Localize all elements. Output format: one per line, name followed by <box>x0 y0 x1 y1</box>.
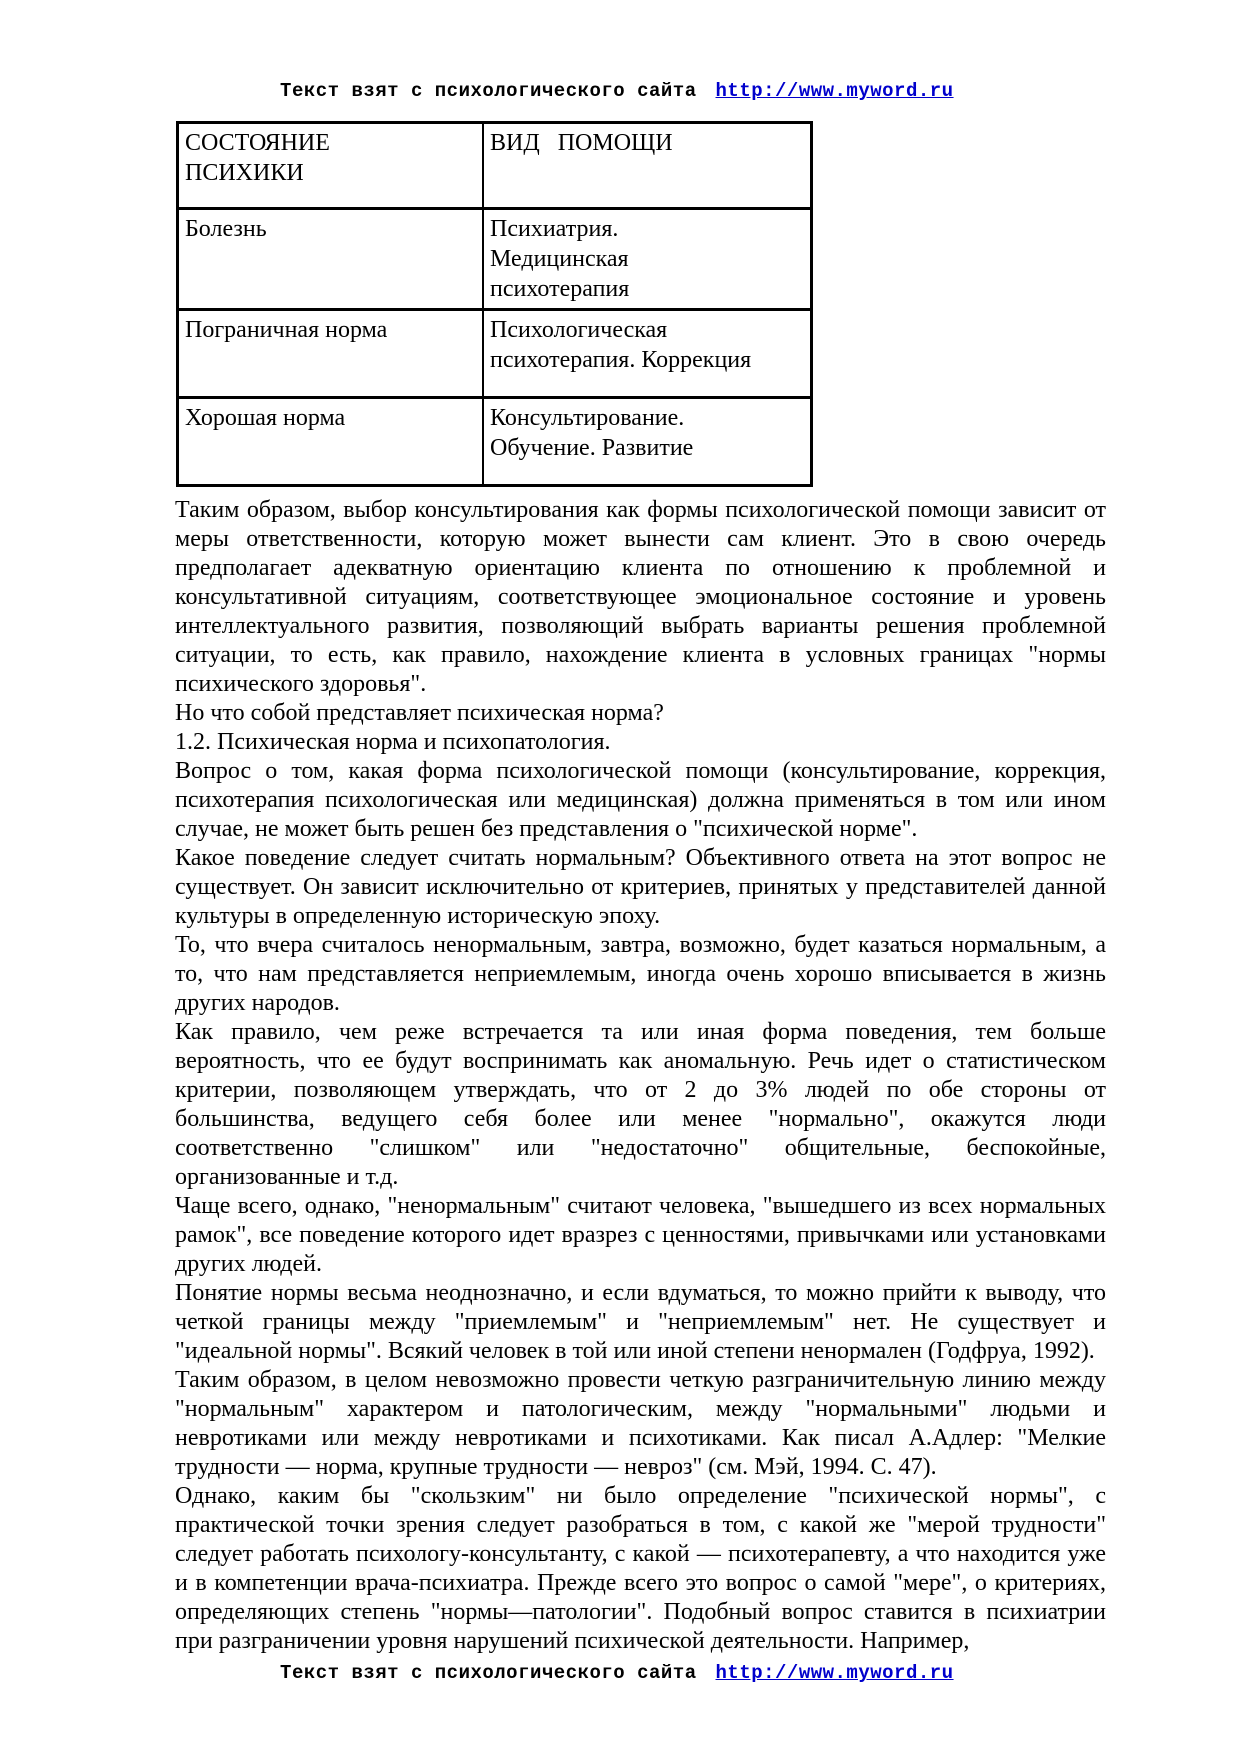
footer-site-line: Текст взят с психологического сайта http… <box>0 1640 1213 1706</box>
cell-help: Консультирование. Обучение. Развитие <box>483 398 812 486</box>
header-cell-state-of-psyche: СОСТОЯНИЕ ПСИХИКИ <box>178 123 484 209</box>
paragraph: Какое поведение следует считать нормальн… <box>175 844 1106 931</box>
table-row: Пограничная норма Психологическая психот… <box>178 310 812 398</box>
cell-state: Болезнь <box>178 209 484 310</box>
paragraph: Таким образом, в целом невозможно провес… <box>175 1366 1106 1482</box>
paragraph: Но что собой представляет психическая но… <box>175 699 1106 728</box>
document-page: Текст взят с психологического сайта http… <box>0 0 1240 1754</box>
paragraph: То, что вчера считалось ненормальным, за… <box>175 931 1106 1018</box>
paragraph: Вопрос о том, какая форма психологическо… <box>175 757 1106 844</box>
paragraph: Однако, каким бы "скользким" ни было опр… <box>175 1482 1106 1656</box>
paragraph: Понятие нормы весьма неоднозначно, и есл… <box>175 1279 1106 1366</box>
body-text: Таким образом, выбор консультирования ка… <box>175 496 1106 1656</box>
cell-help: Психиатрия. Медицинская психотерапия <box>483 209 812 310</box>
table-header-row: СОСТОЯНИЕ ПСИХИКИ ВИД ПОМОЩИ <box>178 123 812 209</box>
footer-site-link[interactable]: http://www.myword.ru <box>716 1662 954 1684</box>
cell-state: Пограничная норма <box>178 310 484 398</box>
footer-site-note: Текст взят с психологического сайта <box>280 1662 708 1684</box>
paragraph: Чаще всего, однако, "ненормальным" счита… <box>175 1192 1106 1279</box>
cell-state: Хорошая норма <box>178 398 484 486</box>
paragraph-section-heading: 1.2. Психическая норма и психопатология. <box>175 728 1106 757</box>
header-site-line: Текст взят с психологического сайта http… <box>0 58 1213 124</box>
psyche-help-table: СОСТОЯНИЕ ПСИХИКИ ВИД ПОМОЩИ Болезнь Пси… <box>176 121 813 487</box>
cell-help: Психологическая психотерапия. Коррекция <box>483 310 812 398</box>
header-site-note: Текст взят с психологического сайта <box>280 80 708 102</box>
header-cell-kind-of-help: ВИД ПОМОЩИ <box>483 123 812 209</box>
paragraph: Как правило, чем реже встречается та или… <box>175 1018 1106 1192</box>
header-site-link[interactable]: http://www.myword.ru <box>716 80 954 102</box>
table-row: Хорошая норма Консультирование. Обучение… <box>178 398 812 486</box>
paragraph: Таким образом, выбор консультирования ка… <box>175 496 1106 699</box>
table-row: Болезнь Психиатрия. Медицинская психотер… <box>178 209 812 310</box>
